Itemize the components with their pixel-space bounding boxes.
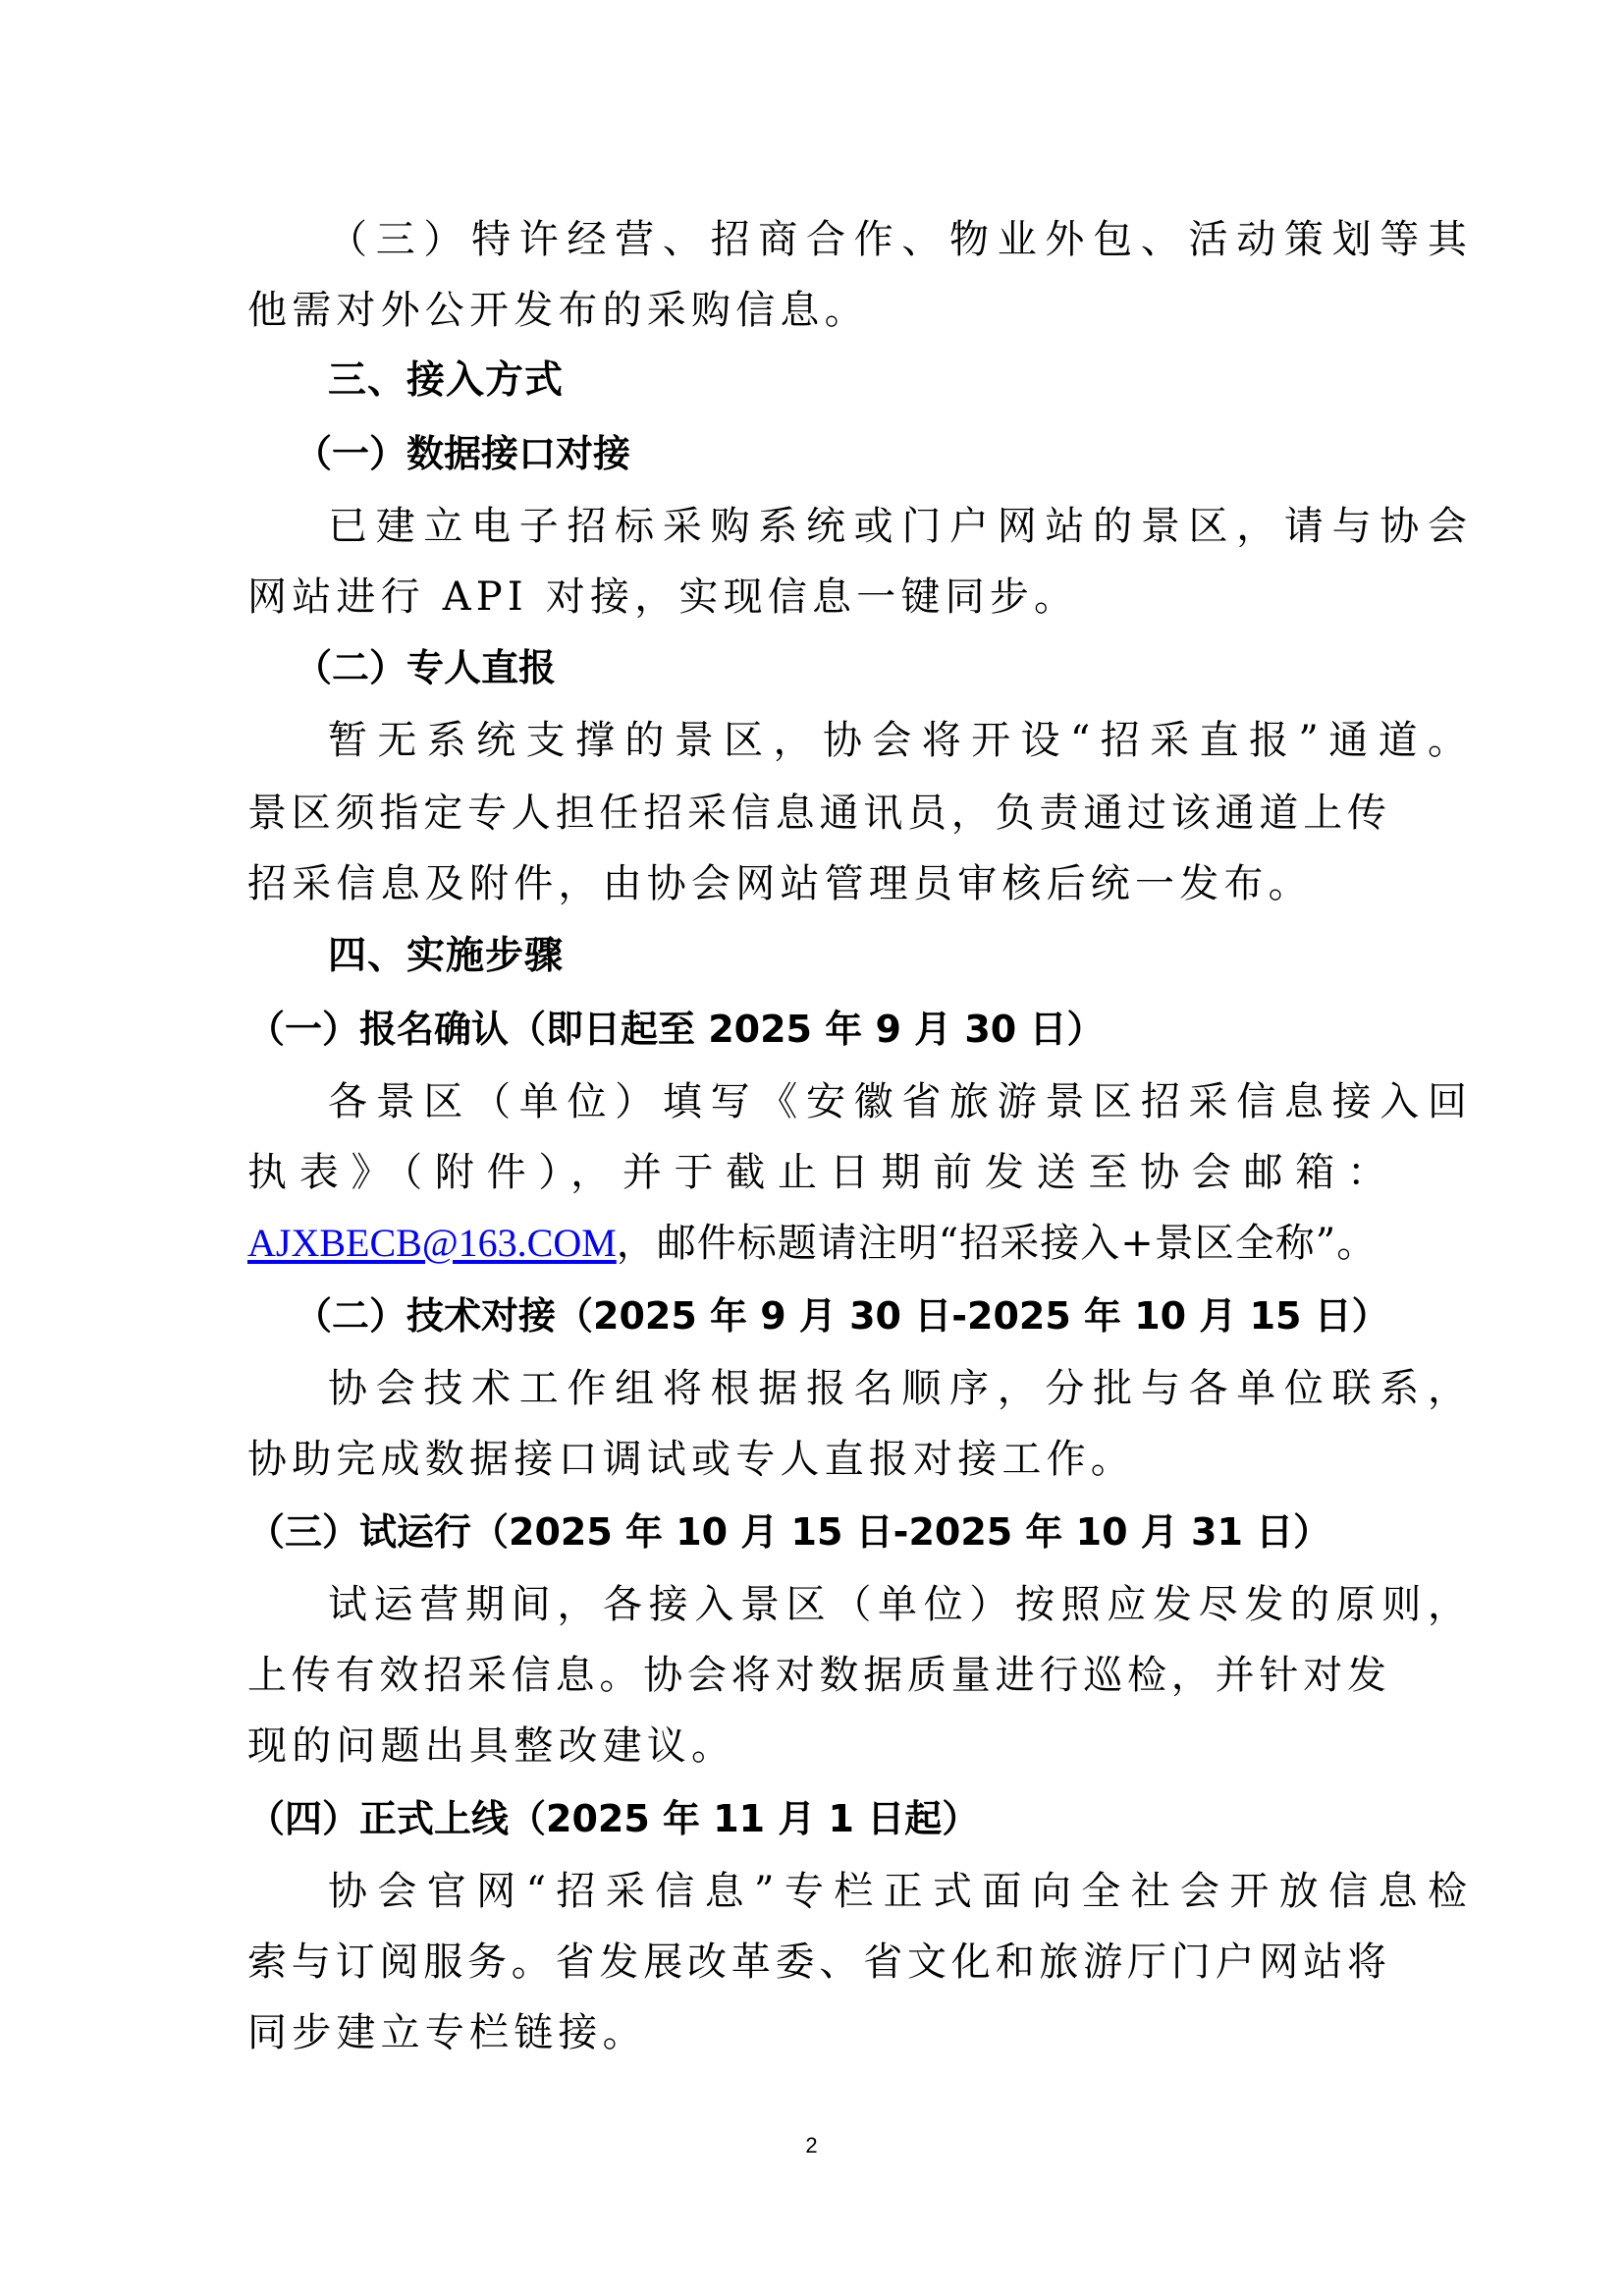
email-link[interactable]: AJXBECB@163.COM bbox=[247, 1221, 617, 1265]
paragraph-launch-line1: 协会官网“招采信息”专栏正式面向全社会开放信息检 bbox=[328, 1864, 1467, 1919]
paragraph-registration-line3: AJXBECB@163.COM，邮件标题请注明“招采接入+景区全称”。 bbox=[247, 1216, 1386, 1271]
subheading-direct-report: （二）专人直报 bbox=[295, 640, 1434, 695]
subheading-trial-run: （三）试运行（2025 年 10 月 15 日-2025 年 10 月 31 日… bbox=[247, 1504, 1386, 1559]
paragraph-api-line2: 网站进行 API 对接，实现信息一键同步。 bbox=[247, 570, 1386, 625]
subheading-api-integration: （一）数据接口对接 bbox=[295, 426, 1434, 481]
paragraph-item3-line1: （三）特许经营、招商合作、物业外包、活动策划等其 bbox=[328, 212, 1467, 267]
paragraph-launch-line3: 同步建立专栏链接。 bbox=[247, 2005, 1386, 2060]
paragraph-launch-line2: 索与订阅服务。省发展改革委、省文化和旅游厅门户网站将 bbox=[247, 1935, 1386, 1990]
document-page: （三）特许经营、招商合作、物业外包、活动策划等其 他需对外公开发布的采购信息。 … bbox=[0, 0, 1623, 2296]
paragraph-technical-line1: 协会技术工作组将根据报名顺序，分批与各单位联系， bbox=[328, 1361, 1467, 1416]
paragraph-registration-line1: 各景区（单位）填写《安徽省旅游景区招采信息接入回 bbox=[328, 1074, 1467, 1129]
paragraph-direct-report-line3: 招采信息及附件，由协会网站管理员审核后统一发布。 bbox=[247, 856, 1386, 911]
paragraph-item3-line2: 他需对外公开发布的采购信息。 bbox=[247, 283, 1386, 338]
section-heading-access-methods: 三、接入方式 bbox=[328, 354, 1467, 409]
page-number: 2 bbox=[0, 2133, 1623, 2159]
paragraph-trial-line1: 试运营期间，各接入景区（单位）按照应发尽发的原则， bbox=[328, 1577, 1467, 1632]
subheading-technical-integration: （二）技术对接（2025 年 9 月 30 日-2025 年 10 月 15 日… bbox=[295, 1288, 1434, 1343]
paragraph-registration-line2: 执表》（附件），并于截止日期前发送至协会邮箱： bbox=[247, 1145, 1386, 1200]
paragraph-api-line1: 已建立电子招标采购系统或门户网站的景区，请与协会 bbox=[328, 499, 1467, 554]
paragraph-direct-report-line1: 暂无系统支撑的景区，协会将开设“招采直报”通道。 bbox=[328, 713, 1467, 768]
section-heading-implementation-steps: 四、实施步骤 bbox=[328, 929, 1467, 984]
subheading-registration: （一）报名确认（即日起至 2025 年 9 月 30 日） bbox=[247, 1002, 1386, 1057]
paragraph-technical-line2: 协助完成数据接口调试或专人直报对接工作。 bbox=[247, 1432, 1386, 1487]
email-note-text: ，邮件标题请注明“招采接入+景区全称”。 bbox=[617, 1221, 1377, 1266]
paragraph-trial-line2: 上传有效招采信息。协会将对数据质量进行巡检，并针对发 bbox=[247, 1648, 1386, 1703]
paragraph-trial-line3: 现的问题出具整改建议。 bbox=[247, 1719, 1386, 1774]
subheading-official-launch: （四）正式上线（2025 年 11 月 1 日起） bbox=[247, 1791, 1386, 1846]
paragraph-direct-report-line2: 景区须指定专人担任招采信息通讯员，负责通过该通道上传 bbox=[247, 786, 1386, 841]
